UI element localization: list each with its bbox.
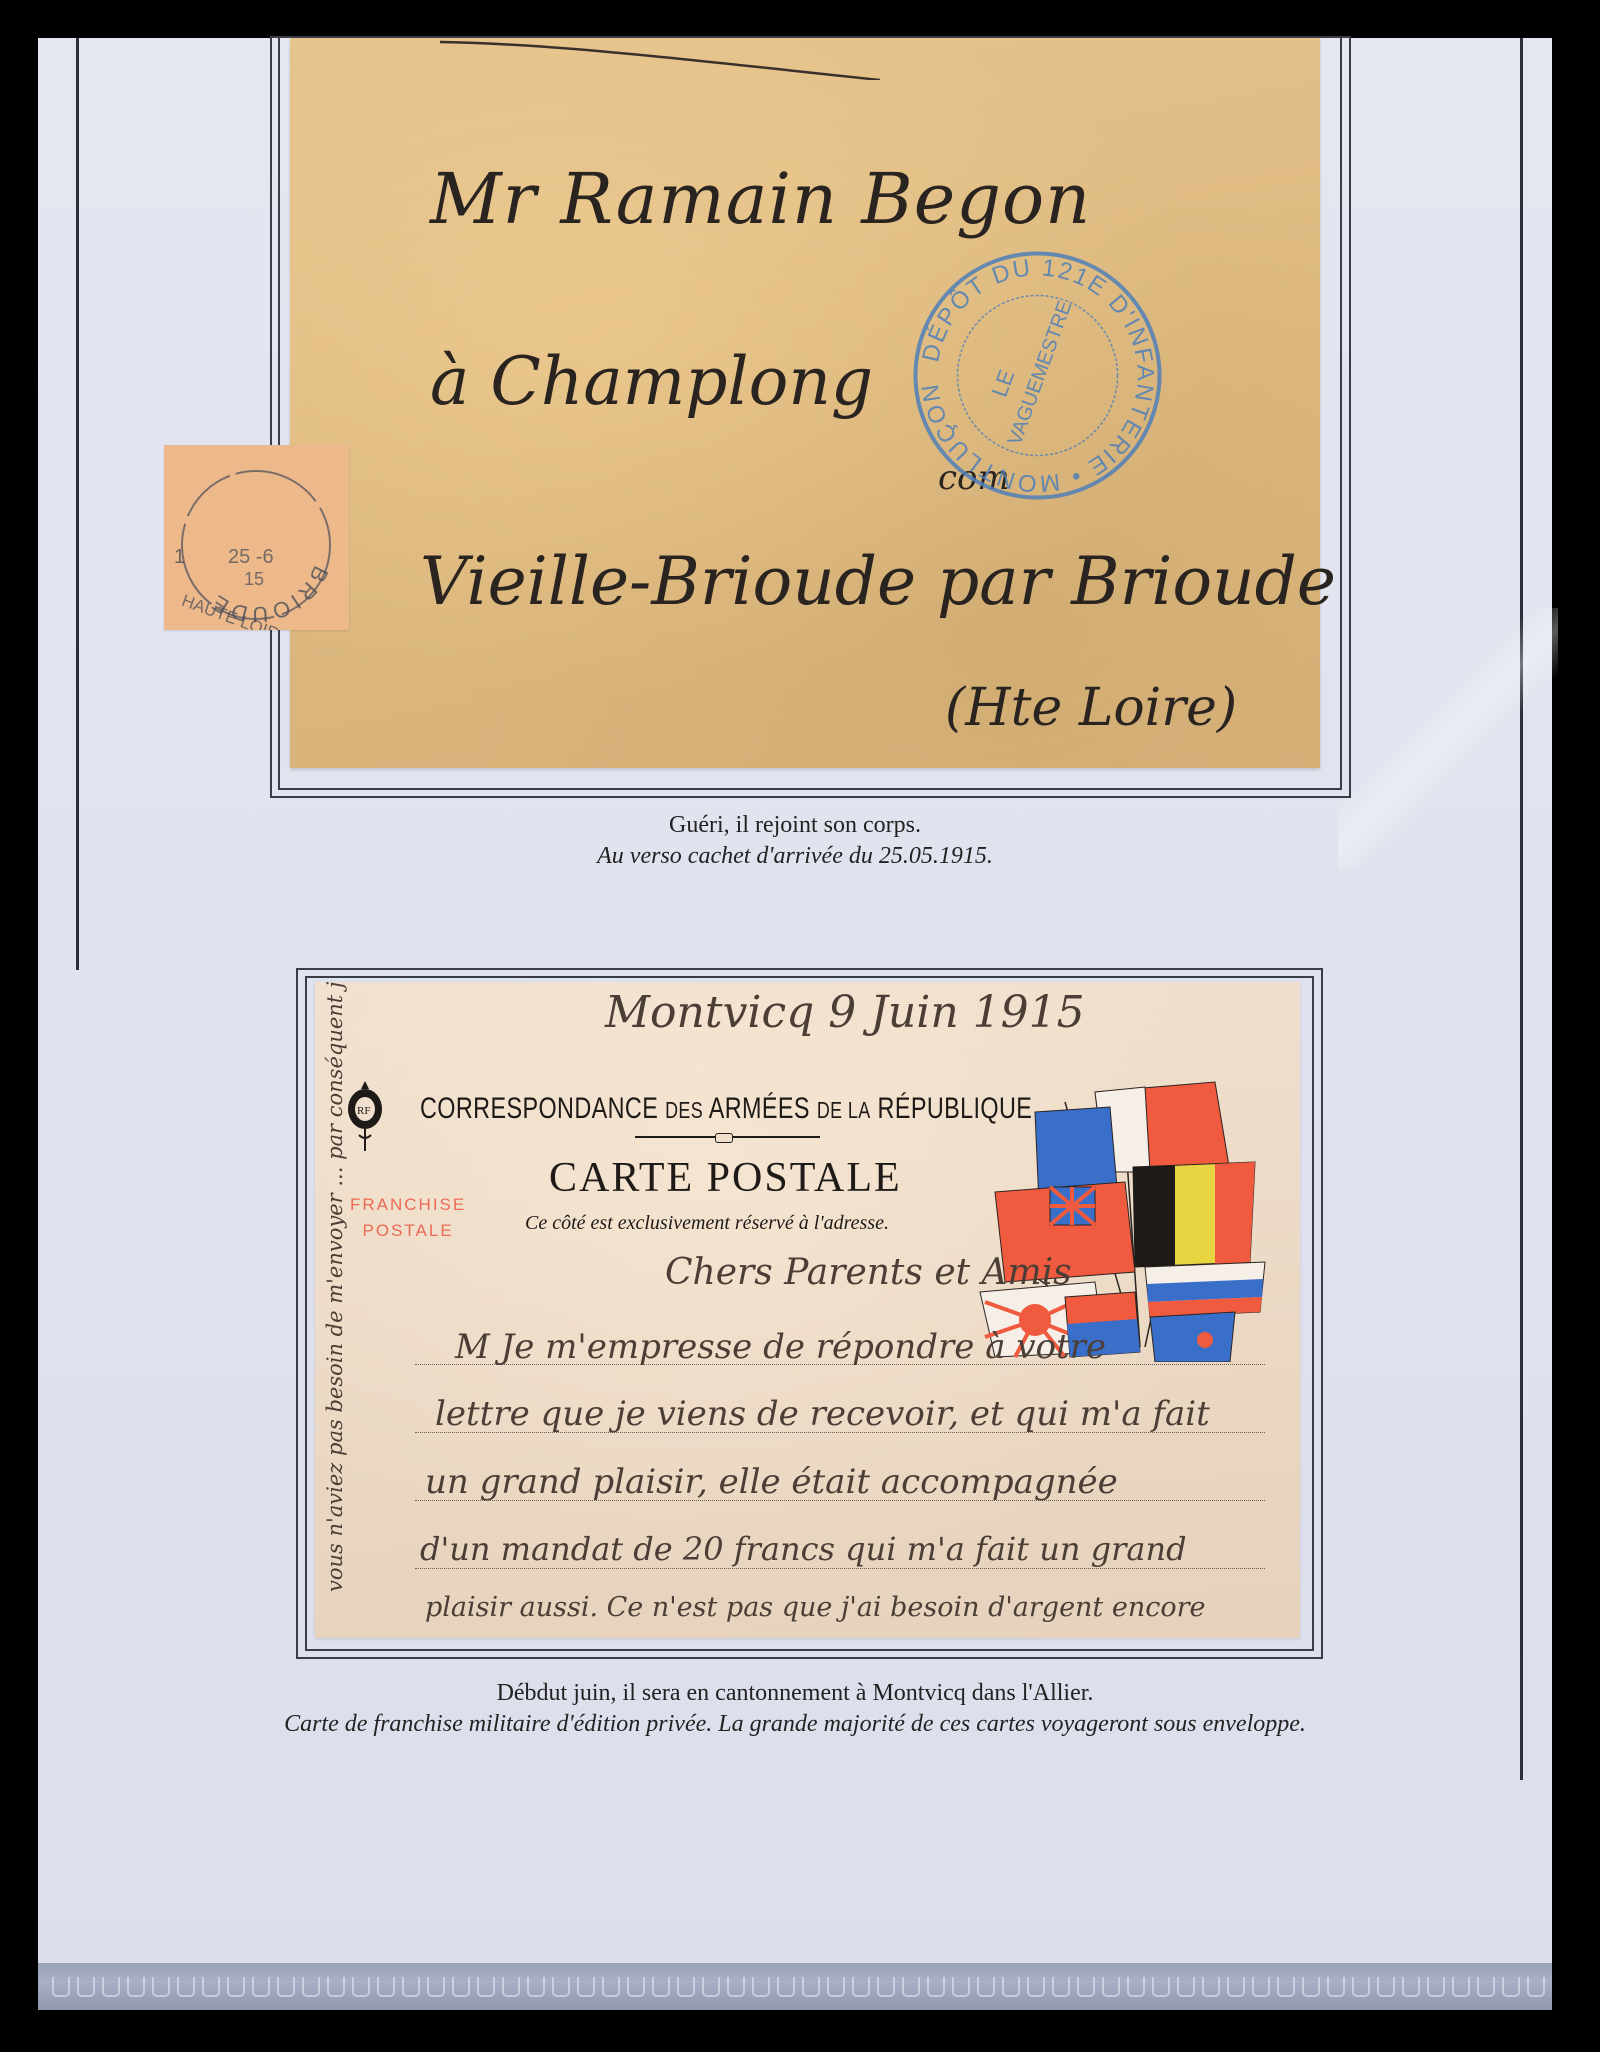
postcard-caption: Débdut juin, il sera en cantonnement à M…	[38, 1678, 1552, 1740]
header-divider	[635, 1136, 820, 1138]
binding-hole	[1452, 1977, 1470, 1997]
binding-hole	[1277, 1977, 1295, 1997]
binding-holes	[52, 1977, 1552, 1999]
binding-hole	[152, 1977, 170, 1997]
binding-hole	[1227, 1977, 1245, 1997]
binding-hole	[1377, 1977, 1395, 1997]
binding-hole	[627, 1977, 645, 1997]
right-margin-rule	[1520, 38, 1523, 1780]
envelope-caption: Guéri, il rejoint son corps. Au verso ca…	[38, 810, 1552, 872]
binding-hole	[1027, 1977, 1045, 1997]
postcard-subtitle: Ce côté est exclusivement réservé à l'ad…	[525, 1212, 889, 1235]
binding-hole	[652, 1977, 670, 1997]
binding-hole	[1002, 1977, 1020, 1997]
binding-hole	[777, 1977, 795, 1997]
postmark-icon: BRIOUDE 25 -6 15 1 HAUTE LOIRE	[164, 445, 349, 630]
svg-text:LE: LE	[987, 366, 1020, 400]
postcard-text-line1: M Je m'empresse de répondre à votre	[455, 1327, 1106, 1367]
allied-flags-icon	[975, 1062, 1275, 1362]
brioude-postmark-stamp: BRIOUDE 25 -6 15 1 HAUTE LOIRE	[164, 445, 349, 630]
header-word-de-la: DE LA	[817, 1097, 871, 1123]
pen-stroke	[440, 40, 880, 80]
postcard[interactable]: RF vous n'aviez pas besoin de m'envoyer …	[315, 982, 1300, 1638]
postcard-text-line5: plaisir aussi. Ce n'est pas que j'ai bes…	[425, 1592, 1206, 1623]
binding-hole	[1527, 1977, 1545, 1997]
binding-hole	[502, 1977, 520, 1997]
binding-hole	[202, 1977, 220, 1997]
binding-hole	[802, 1977, 820, 1997]
binding-hole	[1402, 1977, 1420, 1997]
binding-hole	[677, 1977, 695, 1997]
address-line-recipient: Mr Ramain Begon	[430, 158, 1091, 240]
binding-hole	[1427, 1977, 1445, 1997]
album-page: Mr Ramain Begon à Champlong com Vieille-…	[38, 38, 1552, 2010]
envelope-caption-line1: Guéri, il rejoint son corps.	[38, 810, 1552, 841]
binding-hole	[102, 1977, 120, 1997]
header-word-correspondance: CORRESPONDANCE	[420, 1092, 658, 1125]
regimental-cachet-icon: DÉPÔT DU 121E D'INFANTERIE • MONTLUÇON •…	[910, 248, 1165, 503]
binding-hole	[952, 1977, 970, 1997]
binding-hole	[927, 1977, 945, 1997]
binding-hole	[852, 1977, 870, 1997]
postcard-title: CARTE POSTALE	[549, 1154, 902, 1202]
binding-hole	[552, 1977, 570, 1997]
svg-text:15: 15	[244, 569, 264, 589]
binding-hole	[377, 1977, 395, 1997]
binding-hole	[52, 1977, 70, 1997]
binding-hole	[902, 1977, 920, 1997]
binding-hole	[1127, 1977, 1145, 1997]
address-line-town: à Champlong	[430, 343, 873, 420]
postcard-text-line4: d'un mandat de 20 francs qui m'a fait un…	[420, 1530, 1187, 1568]
binding-hole	[1077, 1977, 1095, 1997]
binding-hole	[1327, 1977, 1345, 1997]
binding-hole	[302, 1977, 320, 1997]
binding-hole	[1102, 1977, 1120, 1997]
franchise-line1: FRANCHISE	[350, 1192, 466, 1218]
binding-hole	[1352, 1977, 1370, 1997]
binding-hole	[1477, 1977, 1495, 1997]
binding-hole	[277, 1977, 295, 1997]
sleeve-binding-strip	[38, 1963, 1552, 2010]
binding-hole	[1252, 1977, 1270, 1997]
binding-hole	[827, 1977, 845, 1997]
header-word-des: DES	[665, 1097, 703, 1123]
binding-hole	[177, 1977, 195, 1997]
address-line-department: (Hte Loire)	[945, 678, 1237, 738]
binding-hole	[1202, 1977, 1220, 1997]
binding-hole	[977, 1977, 995, 1997]
binding-hole	[602, 1977, 620, 1997]
binding-hole	[252, 1977, 270, 1997]
svg-text:VAGUEMESTRE: VAGUEMESTRE	[1004, 298, 1077, 448]
binding-hole	[752, 1977, 770, 1997]
header-word-armees: ARMÉES	[709, 1092, 810, 1125]
svg-text:25 -6: 25 -6	[228, 546, 274, 568]
binding-hole	[327, 1977, 345, 1997]
address-line-commune: Vieille-Brioude par Brioude	[420, 543, 1336, 620]
postcard-text-line3: un grand plaisir, elle était accompagnée	[425, 1462, 1118, 1502]
binding-hole	[402, 1977, 420, 1997]
binding-hole	[427, 1977, 445, 1997]
svg-text:RF: RF	[357, 1105, 370, 1117]
binding-hole	[577, 1977, 595, 1997]
binding-hole	[352, 1977, 370, 1997]
writing-line	[415, 1568, 1265, 1570]
postcard-margin-handwriting: vous n'aviez pas besoin de m'envoyer ...…	[320, 982, 350, 1592]
binding-hole	[1177, 1977, 1195, 1997]
postcard-greeting: Chers Parents et Amis	[665, 1252, 1072, 1293]
franchise-postale-mark: FRANCHISE POSTALE	[350, 1192, 466, 1244]
binding-hole	[877, 1977, 895, 1997]
binding-hole	[527, 1977, 545, 1997]
binding-hole	[702, 1977, 720, 1997]
envelope-caption-line2: Au verso cachet d'arrivée du 25.05.1915.	[38, 841, 1552, 872]
postcard-caption-line1: Débdut juin, il sera en cantonnement à M…	[38, 1678, 1552, 1709]
postcard-printed-header: CORRESPONDANCE DES ARMÉES DE LA RÉPUBLIQ…	[420, 1092, 1032, 1126]
binding-hole	[477, 1977, 495, 1997]
envelope[interactable]: Mr Ramain Begon à Champlong com Vieille-…	[290, 38, 1320, 768]
binding-hole	[1302, 1977, 1320, 1997]
binding-hole	[127, 1977, 145, 1997]
postcard-date-handwriting: Montvicq 9 Juin 1915	[605, 987, 1085, 1038]
rf-emblem-icon: RF	[345, 1077, 385, 1157]
binding-hole	[727, 1977, 745, 1997]
binding-hole	[1152, 1977, 1170, 1997]
binding-hole	[452, 1977, 470, 1997]
postcard-text-line2: lettre que je viens de recevoir, et qui …	[435, 1394, 1210, 1434]
binding-hole	[1052, 1977, 1070, 1997]
svg-text:1: 1	[174, 546, 185, 568]
binding-hole	[77, 1977, 95, 1997]
postcard-caption-line2: Carte de franchise militaire d'édition p…	[38, 1709, 1552, 1740]
franchise-line2: POSTALE	[350, 1218, 466, 1244]
binding-hole	[1502, 1977, 1520, 1997]
binding-hole	[227, 1977, 245, 1997]
